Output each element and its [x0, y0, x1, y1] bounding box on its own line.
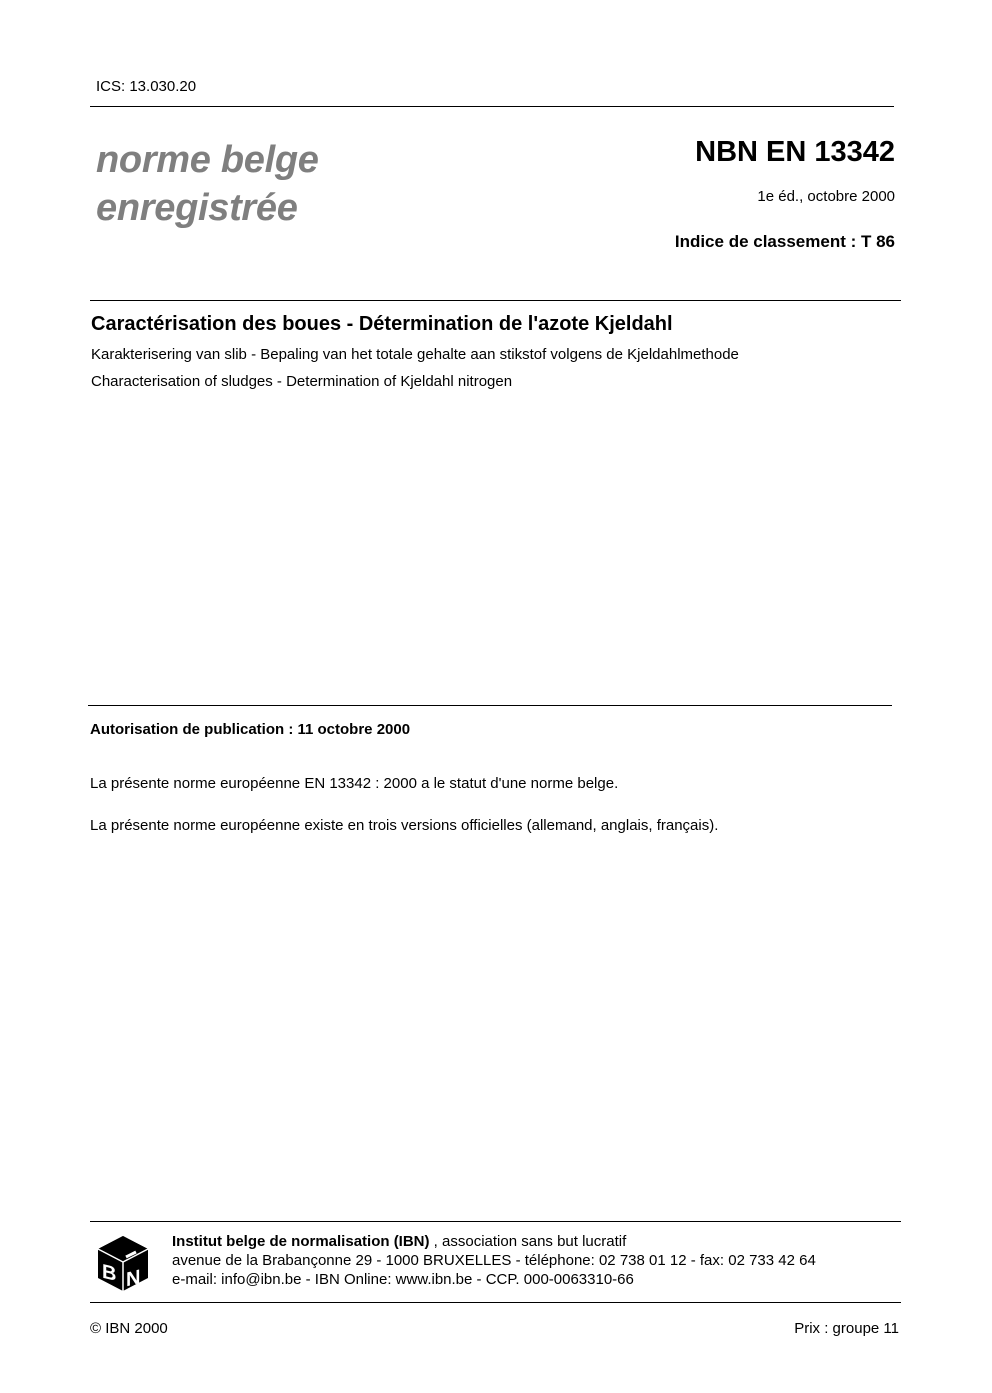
standard-code: NBN EN 13342	[695, 136, 895, 169]
ibn-logo-icon: B N	[96, 1234, 150, 1292]
divider-footer-top	[90, 1221, 901, 1222]
divider-title	[90, 300, 901, 301]
org-name: Institut belge de normalisation (IBN)	[172, 1233, 430, 1250]
classification-index: Indice de classement : T 86	[675, 232, 895, 252]
title-french: Caractérisation des boues - Déterminatio…	[91, 313, 673, 336]
title-english: Characterisation of sludges - Determinat…	[91, 373, 512, 390]
status-line-1: norme belge	[96, 136, 319, 184]
title-dutch: Karakterisering van slib - Bepaling van …	[91, 346, 739, 363]
org-address: avenue de la Brabançonne 29 - 1000 BRUXE…	[172, 1252, 816, 1269]
versions-paragraph: La présente norme européenne existe en t…	[90, 817, 718, 834]
svg-text:N: N	[126, 1266, 140, 1291]
edition-date: 1e éd., octobre 2000	[757, 188, 895, 205]
publication-authorization: Autorisation de publication : 11 octobre…	[90, 721, 410, 738]
divider-footer-bottom	[90, 1302, 901, 1303]
org-type: , association sans but lucratif	[430, 1233, 627, 1250]
svg-text:B: B	[102, 1261, 116, 1286]
org-contact: e-mail: info@ibn.be - IBN Online: www.ib…	[172, 1271, 634, 1288]
status-paragraph: La présente norme européenne EN 13342 : …	[90, 775, 618, 792]
status-line-2: enregistrée	[96, 184, 319, 232]
document-status: norme belge enregistrée	[96, 136, 319, 232]
org-heading: Institut belge de normalisation (IBN) , …	[172, 1233, 626, 1250]
ics-code: ICS: 13.030.20	[96, 78, 196, 95]
divider-top	[90, 106, 894, 107]
copyright: © IBN 2000	[90, 1320, 168, 1337]
divider-middle	[88, 705, 892, 706]
price-group: Prix : groupe 11	[794, 1320, 899, 1337]
